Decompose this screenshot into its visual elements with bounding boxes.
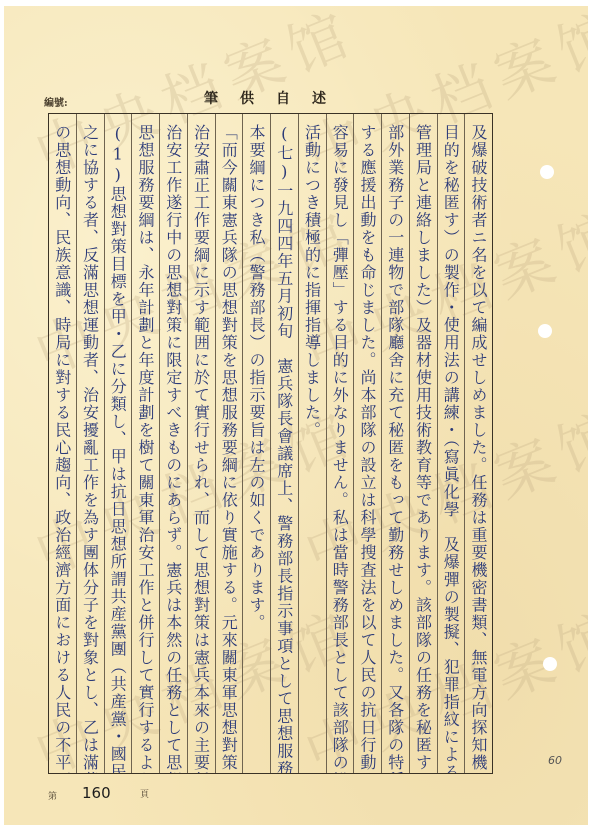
text-column: 治安肅正工作要綱に示す範囲に於て實行せられ、而して思想對策は憲兵本來の主要任務に… <box>187 114 215 773</box>
page-suffix: 頁 <box>140 787 149 800</box>
document-page: 中央档案馆 中央档案馆 中央档案馆 中央档案馆 中央档案馆 中央档案馆 中央档案… <box>4 6 588 825</box>
text-column: (七)一九四四年五月初旬 憲兵隊長會議席上、警務部長指示事項として思想服務要綱を… <box>270 114 298 773</box>
text-column: 之に協する者、反滿思想運動者、治安擾亂工作を為す團体分子を對象とし、乙は滿蒙白系… <box>76 114 104 773</box>
document-title: 筆供自述 <box>204 88 348 108</box>
punch-hole <box>543 657 557 671</box>
serial-number-label: 編號: <box>44 94 68 109</box>
page-number: 160 <box>82 784 111 802</box>
text-column: 部外業務子の一連物で部隊廳舍に充て秘匿をもって勤務せしめました。又各隊の特種事件… <box>381 114 409 773</box>
margin-annotation: 60 <box>548 754 562 767</box>
text-column: 目的を秘匿す）の製作・使用法の講練・（寫眞化學 及爆彈の製擬、犯罪指紋による犯罪… <box>437 114 465 773</box>
text-column: の思想動向、民族意識、時局に對する民心趨向、政治經濟方面における人民の不平不満事… <box>49 114 76 773</box>
manuscript-grid: 及爆破技術者ニ名を以て編成せしめました。任務は重要機密書類、無電方向探知機（旅行… <box>48 113 493 774</box>
text-column: 「而今關東憲兵隊の思想對策を思想服務要綱に依り實施する。元來關東軍思想對策は關東… <box>215 114 243 773</box>
text-column: 容易に發見し「彈壓」する目的に外なりません。私は當時警務部長として該部隊の設立と… <box>326 114 354 773</box>
punch-hole <box>538 324 552 338</box>
text-column: 及爆破技術者ニ名を以て編成せしめました。任務は重要機密書類、無電方向探知機（旅行… <box>464 114 492 773</box>
text-column: 治安工作遂行中の思想對策に限定すべきものにあらず。憲兵は本然の任務として思想對策… <box>159 114 187 773</box>
text-column: 活動につき積極的に指揮指導しました。 <box>298 114 326 773</box>
text-column: 管理局と連絡しました）及器材使用技術教育等であります。該部隊の任務を秘匿する為偽… <box>409 114 437 773</box>
page-prefix: 第 <box>48 789 57 802</box>
text-column: 思想服務要綱は、永年計劃と年度計劃を樹て關東軍治安工作と併行して實行するよう規制… <box>131 114 159 773</box>
text-column: する應援出動をも命じました。尚本部隊の設立は科學搜査法を以て人民の抗日行動を一層 <box>353 114 381 773</box>
text-column: 本要綱につき私（警務部長）の指示要旨は左の如くであります。 <box>242 114 270 773</box>
text-column: (1)思想對策目標を甲・乙に分類し、甲は抗日思想所謂共産黨團（共産黨・國民黨等）… <box>104 114 132 773</box>
punch-hole <box>540 165 554 179</box>
